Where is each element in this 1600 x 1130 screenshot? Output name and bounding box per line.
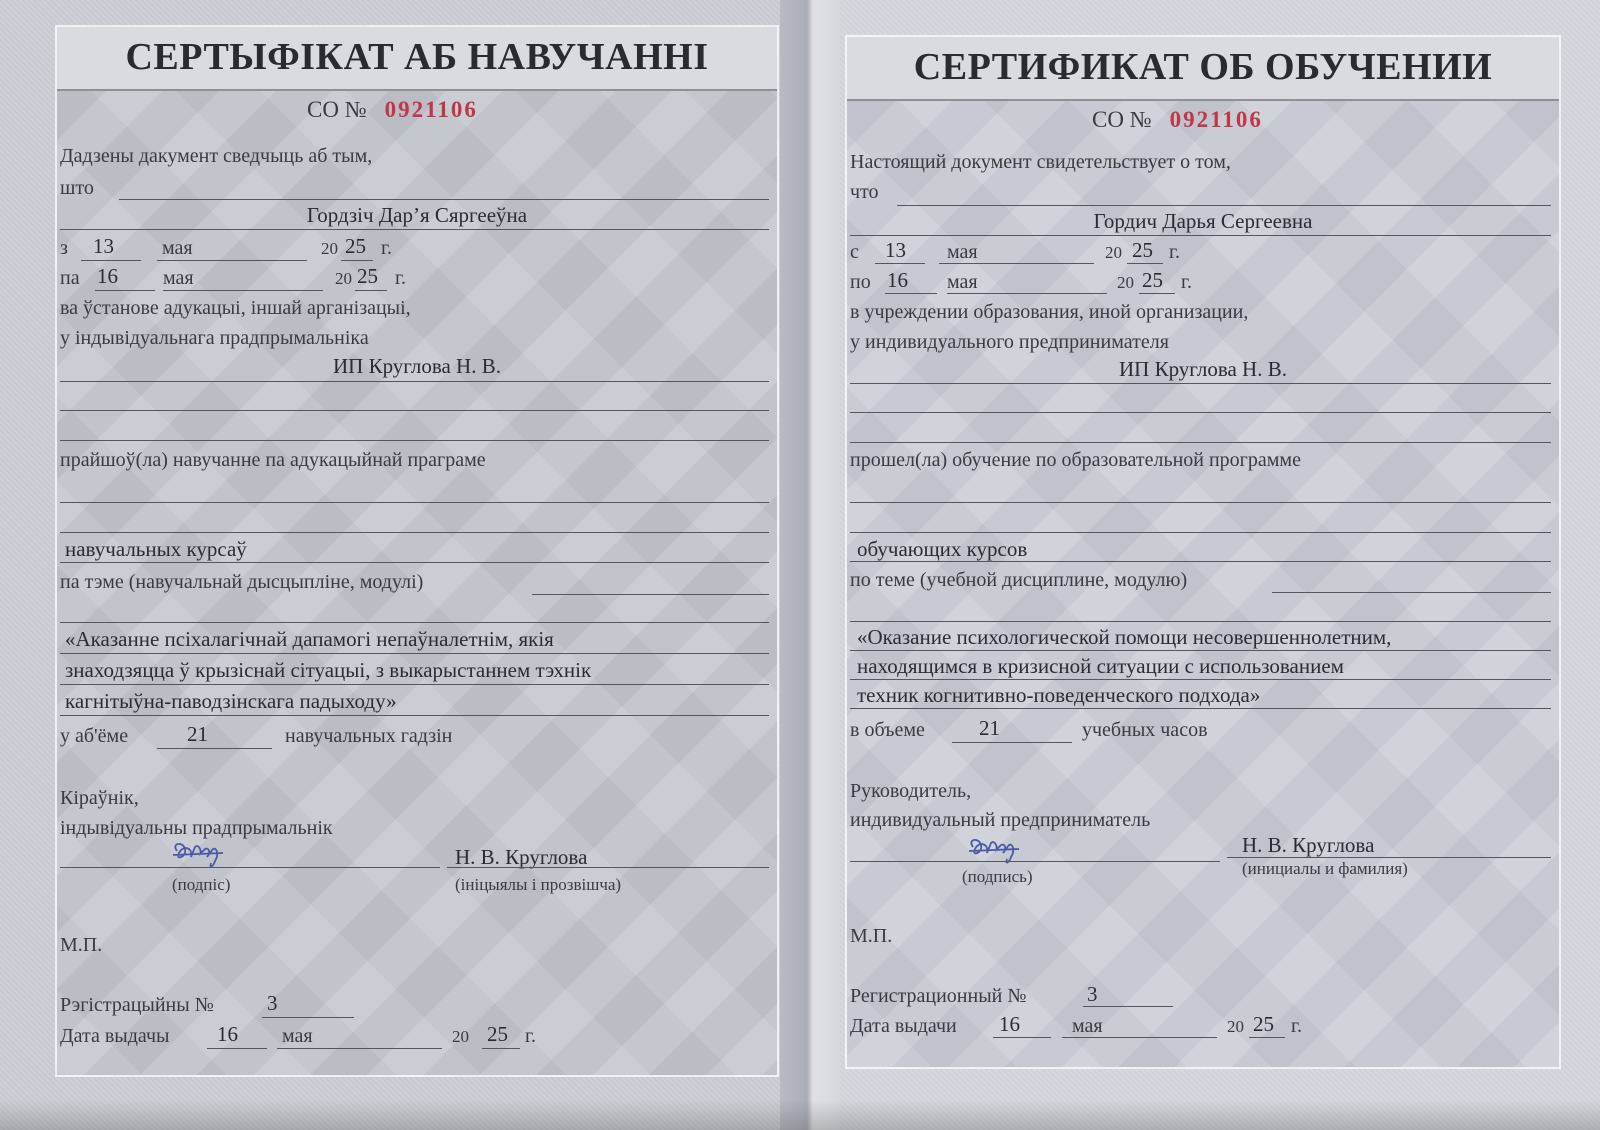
to-year-prefix: 20	[1117, 273, 1134, 293]
reg-label: Регистрационный №	[850, 985, 1026, 1008]
blank-line	[850, 502, 1551, 503]
right-certificate-panel: СЕРТИФИКАТ ОБ ОБУЧЕНИИ СО №0921106 Насто…	[845, 35, 1561, 1069]
name-caption: (инициалы и фамилия)	[1242, 859, 1408, 879]
to-prefix: по	[850, 271, 871, 294]
institution-line-2: у індывідуальнага прадпрымальніка	[60, 327, 369, 350]
volume-unit: учебных часов	[1082, 719, 1208, 742]
from-month: мая	[162, 237, 193, 260]
issue-year-prefix: 20	[1227, 1017, 1244, 1037]
to-year-label: г.	[1181, 271, 1192, 294]
certificate-title: СЕРТИФИКАТ ОБ ОБУЧЕНИИ	[847, 45, 1559, 89]
title-band: СЕРТЫФІКАТ АБ НАВУЧАННІ	[57, 27, 777, 91]
signer-name: Н. В. Круглова	[1242, 833, 1374, 858]
from-month-underline	[157, 260, 307, 261]
issue-year-underline	[1249, 1037, 1285, 1038]
certificate-spread: СЕРТЫФІКАТ АБ НАВУЧАННІ СО №0921106 Дадз…	[0, 0, 1600, 1130]
institution-line-1: ва ўстанове адукацыі, іншай арганізацыі,	[60, 297, 411, 320]
program-type: навучальных курсаў	[65, 537, 247, 562]
blank-line	[850, 412, 1551, 413]
topic-line-2: находящимся в кризисной ситуации с испол…	[857, 654, 1344, 679]
volume-label: в объеме	[850, 719, 925, 742]
signature-line	[850, 861, 1220, 862]
from-prefix: з	[60, 237, 68, 260]
to-year-prefix: 20	[335, 269, 352, 289]
to-day: 16	[887, 268, 908, 293]
from-year-label: г.	[381, 237, 392, 260]
topic-line-1: «Оказание психологической помощи несовер…	[857, 625, 1391, 650]
topic-underline	[850, 679, 1551, 680]
signer-name-underline	[447, 867, 769, 868]
signature-icon	[965, 835, 1025, 871]
reg-number: 3	[1087, 982, 1098, 1007]
from-day-underline	[875, 263, 925, 264]
bottom-shadow	[0, 1100, 1600, 1130]
topic-underline	[850, 650, 1551, 651]
issue-day-underline	[207, 1048, 267, 1049]
reg-number: 3	[267, 991, 278, 1016]
serial-number-row: СО №0921106	[1092, 107, 1263, 133]
left-certificate-panel: СЕРТЫФІКАТ АБ НАВУЧАННІ СО №0921106 Дадз…	[55, 25, 779, 1077]
signature-caption: (подпись)	[962, 867, 1033, 887]
issue-year-suffix: 25	[1253, 1012, 1274, 1037]
to-day-underline	[95, 290, 155, 291]
to-month: мая	[947, 271, 978, 294]
to-day: 16	[97, 264, 118, 289]
topic-line-1: «Аказанне псіхалагічнай дапамогі непаўна…	[65, 627, 554, 652]
volume-hours: 21	[187, 722, 208, 747]
issue-year-underline	[482, 1048, 520, 1049]
issue-year-label: г.	[1291, 1015, 1302, 1038]
to-month-underline	[163, 290, 323, 291]
recipient-name: Гордзіч Дар’я Сяргееўна	[57, 203, 777, 228]
from-year-suffix: 25	[1132, 238, 1153, 263]
from-day-underline	[81, 260, 141, 261]
serial-number-row: СО №0921106	[307, 97, 478, 123]
recipient-name: Гордич Дарья Сергеевна	[847, 209, 1559, 234]
title-band: СЕРТИФИКАТ ОБ ОБУЧЕНИИ	[847, 37, 1559, 101]
to-day-underline	[885, 293, 937, 294]
program-label: прошел(ла) обучение по образовательной п…	[850, 449, 1301, 472]
serial-label: СО №	[307, 97, 367, 122]
institution-name: ИП Круглова Н. В.	[847, 357, 1559, 382]
blank-line	[850, 442, 1551, 443]
topic-line-3: техник когнитивно-поведенческого подхода…	[857, 683, 1260, 708]
certificate-title: СЕРТЫФІКАТ АБ НАВУЧАННІ	[57, 35, 777, 79]
head-title-line-2: індывідуальны прадпрымальнік	[60, 817, 333, 840]
left-page-belarusian: СЕРТЫФІКАТ АБ НАВУЧАННІ СО №0921106 Дадз…	[0, 0, 810, 1130]
from-month-underline	[939, 263, 1094, 264]
to-year-underline	[355, 290, 387, 291]
reg-label: Рэгістрацыйны №	[60, 994, 214, 1017]
to-year-underline	[1139, 293, 1175, 294]
to-year-label: г.	[395, 267, 406, 290]
from-day: 13	[885, 238, 906, 263]
from-month: мая	[947, 241, 978, 264]
seal-label: М.П.	[60, 934, 102, 957]
topic-underline	[60, 715, 769, 716]
blank-line	[60, 622, 769, 623]
right-page-russian: СЕРТИФИКАТ ОБ ОБУЧЕНИИ СО №0921106 Насто…	[810, 0, 1600, 1130]
to-year-suffix: 25	[1142, 268, 1163, 293]
name-underline	[60, 229, 769, 230]
program-type-underline	[850, 561, 1551, 562]
reg-number-underline	[262, 1017, 354, 1018]
institution-line-2: у индивидуального предпринимателя	[850, 331, 1169, 354]
intro-line-2: что	[850, 181, 879, 204]
blank-line	[60, 410, 769, 411]
issue-year-prefix: 20	[452, 1027, 469, 1047]
program-label: прайшоў(ла) навучанне па адукацыйнай пра…	[60, 449, 486, 472]
signature-line	[60, 867, 440, 868]
from-year-underline	[341, 260, 373, 261]
head-title-line-1: Кіраўнік,	[60, 787, 139, 810]
topic-label-underline	[532, 594, 769, 595]
reg-number-underline	[1083, 1006, 1173, 1007]
issue-day-underline	[993, 1037, 1051, 1038]
blank-line	[897, 205, 1551, 206]
head-title-line-2: индивидуальный предприниматель	[850, 809, 1150, 832]
program-type-underline	[60, 562, 769, 563]
booklet-spine	[780, 0, 840, 1130]
to-year-suffix: 25	[357, 264, 378, 289]
issue-month-underline	[277, 1048, 442, 1049]
institution-line-1: в учреждении образования, иной организац…	[850, 301, 1248, 324]
topic-line-2: знаходзяцца ў крызіснай сітуацыі, з выка…	[65, 658, 591, 683]
issue-month: мая	[282, 1025, 313, 1048]
institution-underline	[60, 381, 769, 382]
issue-month-underline	[1062, 1037, 1217, 1038]
head-title-line-1: Руководитель,	[850, 780, 971, 803]
issue-label: Дата выдачы	[60, 1025, 170, 1048]
signature-caption: (подпіс)	[172, 875, 230, 895]
topic-label: по теме (учебной дисциплине, модулю)	[850, 569, 1187, 592]
serial-number: 0921106	[1170, 107, 1263, 132]
topic-underline	[60, 653, 769, 654]
institution-underline	[850, 383, 1551, 384]
issue-year-suffix: 25	[487, 1022, 508, 1047]
topic-underline	[60, 684, 769, 685]
from-year-label: г.	[1169, 241, 1180, 264]
intro-line-1: Дадзены дакумент сведчыць аб тым,	[60, 145, 372, 168]
volume-unit: навучальных гадзін	[285, 725, 452, 748]
volume-underline	[157, 748, 272, 749]
intro-line-1: Настоящий документ свидетельствует о том…	[850, 151, 1231, 174]
volume-hours: 21	[979, 716, 1000, 741]
seal-label: М.П.	[850, 925, 892, 948]
issue-day: 16	[999, 1012, 1020, 1037]
topic-label: па тэме (навучальнай дысцыпліне, модулі)	[60, 571, 423, 594]
blank-line	[850, 532, 1551, 533]
signature-icon	[169, 839, 229, 875]
topic-label-underline	[1272, 592, 1551, 593]
from-year-suffix: 25	[345, 234, 366, 259]
from-year-underline	[1127, 263, 1163, 264]
blank-line	[60, 440, 769, 441]
to-month-underline	[947, 293, 1107, 294]
issue-year-label: г.	[525, 1025, 536, 1048]
signer-name-underline	[1227, 857, 1551, 858]
serial-label: СО №	[1092, 107, 1152, 132]
to-prefix: па	[60, 267, 80, 290]
volume-underline	[952, 742, 1072, 743]
to-month: мая	[163, 267, 194, 290]
issue-label: Дата выдачи	[850, 1015, 957, 1038]
blank-line	[119, 199, 769, 200]
issue-month: мая	[1072, 1015, 1103, 1038]
topic-line-3: кагнітыўна-паводзінскага падыходу»	[65, 689, 397, 714]
serial-number: 0921106	[385, 97, 478, 122]
issue-day: 16	[217, 1022, 238, 1047]
blank-line	[850, 621, 1551, 622]
topic-underline	[850, 708, 1551, 709]
volume-label: у аб'ёме	[60, 725, 128, 748]
from-year-prefix: 20	[1105, 243, 1122, 263]
institution-name: ИП Круглова Н. В.	[57, 354, 777, 379]
from-prefix: с	[850, 241, 859, 264]
name-caption: (ініцыялы і прозвішча)	[455, 875, 621, 895]
name-underline	[850, 235, 1551, 236]
blank-line	[60, 532, 769, 533]
from-day: 13	[93, 234, 114, 259]
program-type: обучающих курсов	[857, 537, 1027, 562]
from-year-prefix: 20	[321, 239, 338, 259]
blank-line	[60, 502, 769, 503]
intro-line-2: што	[60, 177, 94, 200]
